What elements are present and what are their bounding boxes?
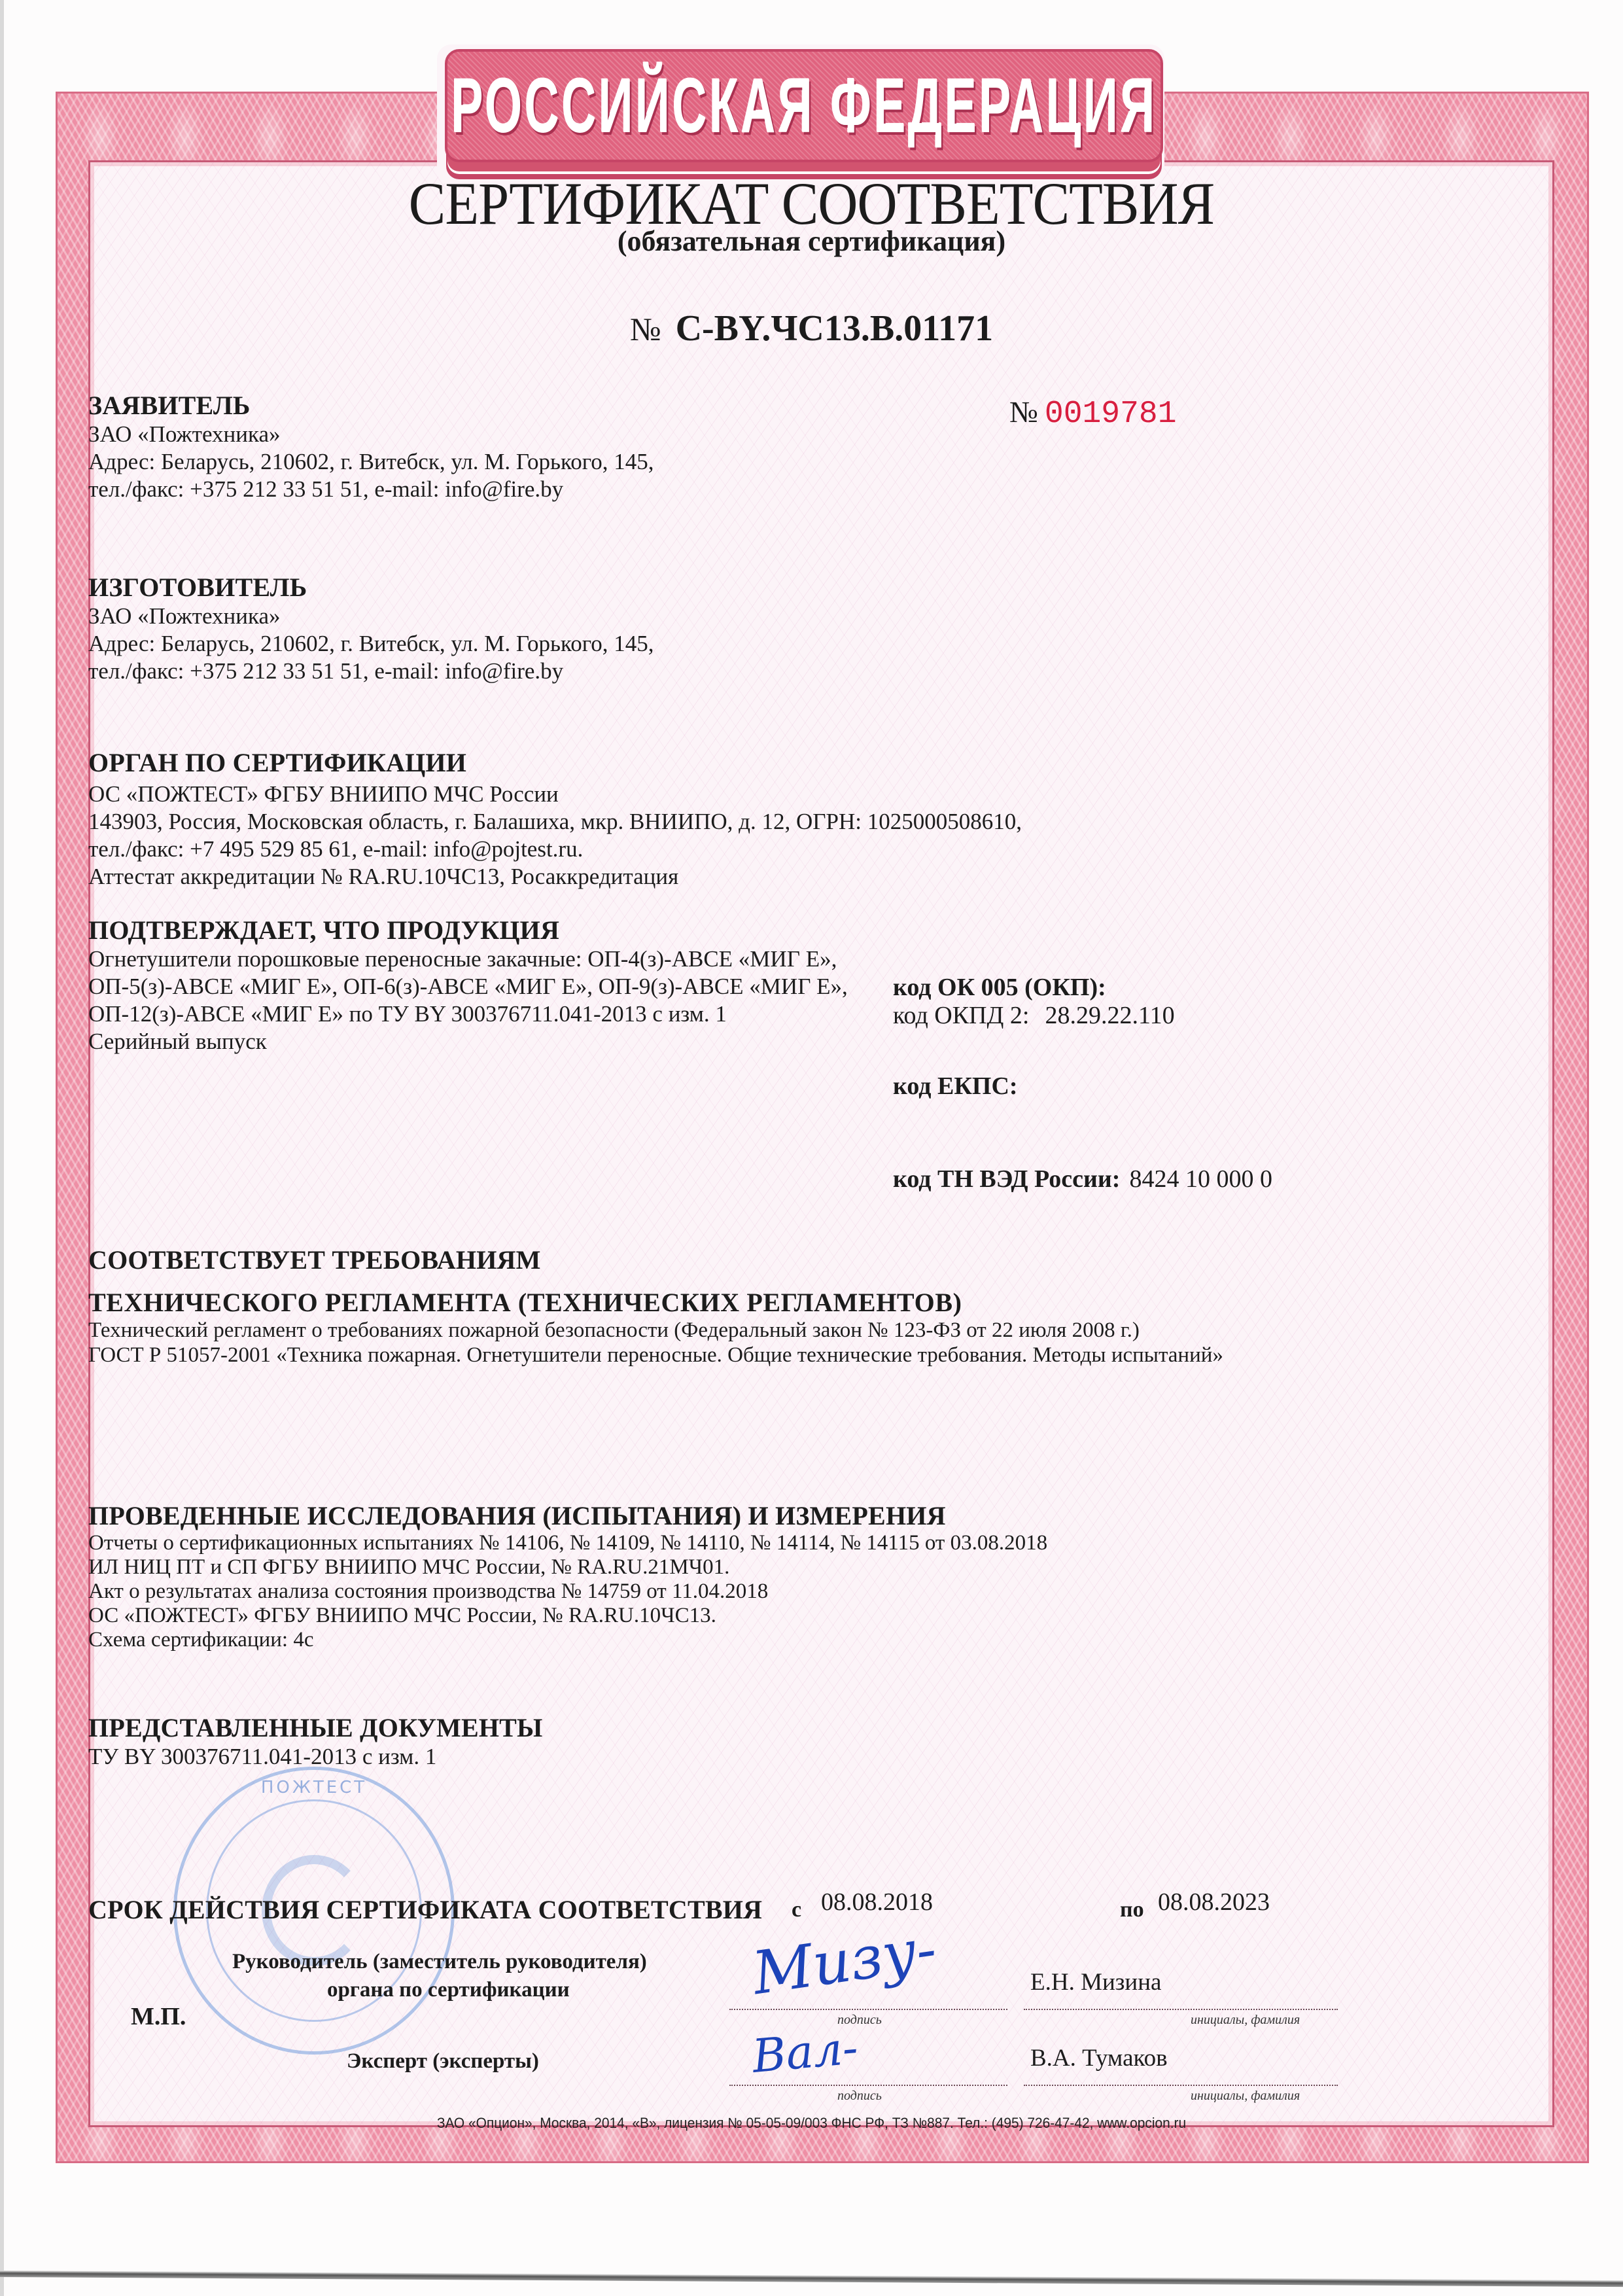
applicant-contacts: тел./факс: +375 212 33 51 51, e-mail: in… — [88, 476, 654, 503]
banner-text: РОССИЙСКАЯ ФЕДЕРАЦИЯ — [451, 62, 1157, 150]
tests-line: ИЛ НИЦ ПТ и СП ФГБУ ВНИИПО МЧС России, №… — [88, 1555, 1047, 1580]
head-role-line2: органа по сертификации — [327, 1978, 570, 2002]
document-subtitle: (обязательная сертификация) — [0, 224, 1623, 258]
name-caption: инициалы, фамилия — [1191, 2089, 1300, 2104]
country-banner: РОССИЙСКАЯ ФЕДЕРАЦИЯ — [445, 49, 1163, 162]
product-section: ПОДТВЕРЖДАЕТ, ЧТО ПРОДУКЦИЯ Огнетушители… — [88, 915, 848, 1055]
okpd2-value: 28.29.22.110 — [1045, 1002, 1174, 1029]
code-tnved: код ТН ВЭД России:8424 10 000 0 — [893, 1165, 1272, 1193]
requirement-line: Технический регламент о требованиях пожа… — [88, 1318, 1223, 1343]
tests-line: Отчеты о сертификационных испытаниях № 1… — [88, 1531, 1047, 1555]
blank-serial-value: 0019781 — [1045, 397, 1177, 432]
ok005-label: код ОК 005 (ОКП): — [893, 974, 1106, 1001]
applicant-address: Адрес: Беларусь, 210602, г. Витебск, ул.… — [88, 448, 654, 476]
requirements-subheading: ТЕХНИЧЕСКОГО РЕГЛАМЕНТА (ТЕХНИЧЕСКИХ РЕГ… — [88, 1287, 1223, 1318]
head-signature-line — [729, 2009, 1007, 2010]
manufacturer-address: Адрес: Беларусь, 210602, г. Витебск, ул.… — [88, 630, 654, 658]
applicant-heading: ЗАЯВИТЕЛЬ — [88, 390, 654, 421]
seal-place-label: М.П. — [131, 2002, 186, 2031]
tests-section: ПРОВЕДЕННЫЕ ИССЛЕДОВАНИЯ (ИСПЫТАНИЯ) И И… — [88, 1500, 1047, 1652]
validity-to-label: по — [1120, 1898, 1144, 1922]
scan-edge — [0, 2270, 1623, 2287]
product-line: Серийный выпуск — [88, 1028, 848, 1055]
manufacturer-name: ЗАО «Пожтехника» — [88, 603, 654, 630]
head-name: Е.Н. Мизина — [1030, 1968, 1161, 1996]
documents-heading: ПРЕДСТАВЛЕННЫЕ ДОКУМЕНТЫ — [88, 1712, 543, 1743]
name-caption: инициалы, фамилия — [1191, 2013, 1300, 2028]
validity-from-date: 08.08.2018 — [821, 1888, 933, 1916]
expert-signature: Вал- — [750, 2021, 860, 2083]
code-ekps: код ЕКПС: — [893, 1072, 1018, 1101]
product-heading: ПОДТВЕРЖДАЕТ, ЧТО ПРОДУКЦИЯ — [88, 915, 848, 945]
expert-signature-line — [729, 2085, 1007, 2086]
applicant-name: ЗАО «Пожтехника» — [88, 421, 654, 448]
manufacturer-section: ИЗГОТОВИТЕЛЬ ЗАО «Пожтехника» Адрес: Бел… — [88, 572, 654, 685]
requirements-section: СООТВЕТСТВУЕТ ТРЕБОВАНИЯМ ТЕХНИЧЕСКОГО Р… — [88, 1245, 1223, 1368]
expert-role: Эксперт (эксперты) — [347, 2049, 539, 2074]
product-line: Огнетушители порошковые переносные закач… — [88, 945, 848, 973]
tnved-value: 8424 10 000 0 — [1129, 1165, 1272, 1193]
tests-line: ОС «ПОЖТЕСТ» ФГБУ ВНИИПО МЧС России, № R… — [88, 1604, 1047, 1628]
signature-caption: подпись — [837, 2013, 882, 2028]
certificate-number: №C-BY.ЧС13.В.01171 — [0, 308, 1623, 349]
head-name-line — [1024, 2009, 1338, 2010]
certification-body-section: ОРГАН ПО СЕРТИФИКАЦИИ ОС «ПОЖТЕСТ» ФГБУ … — [88, 747, 1022, 891]
blank-serial-number: №0019781 — [1009, 395, 1177, 432]
tests-heading: ПРОВЕДЕННЫЕ ИССЛЕДОВАНИЯ (ИСПЫТАНИЯ) И И… — [88, 1500, 1047, 1531]
tests-line: Акт о результатах анализа состояния прои… — [88, 1580, 1047, 1604]
validity-label: СРОК ДЕЙСТВИЯ СЕРТИФИКАТА СООТВЕТСТВИЯ — [88, 1895, 762, 1924]
manufacturer-heading: ИЗГОТОВИТЕЛЬ — [88, 572, 654, 603]
validity-heading: СРОК ДЕЙСТВИЯ СЕРТИФИКАТА СООТВЕТСТВИЯ — [88, 1894, 762, 1925]
product-line: ОП-5(з)-АВСЕ «МИГ Е», ОП-6(з)-АВСЕ «МИГ … — [88, 973, 848, 1000]
number-sign: № — [630, 311, 661, 347]
requirements-heading: СООТВЕТСТВУЕТ ТРЕБОВАНИЯМ — [88, 1245, 1223, 1275]
validity-to-date: 08.08.2023 — [1158, 1888, 1270, 1916]
ekps-label: код ЕКПС: — [893, 1072, 1018, 1100]
manufacturer-contacts: тел./факс: +375 212 33 51 51, e-mail: in… — [88, 658, 654, 685]
requirement-line: ГОСТ Р 51057-2001 «Техника пожарная. Огн… — [88, 1343, 1223, 1368]
code-ok005: код ОК 005 (ОКП): — [893, 973, 1106, 1002]
signature-caption: подпись — [837, 2089, 882, 2104]
documents-section: ПРЕДСТАВЛЕННЫЕ ДОКУМЕНТЫ ТУ BY 300376711… — [88, 1712, 543, 1771]
certification-body-heading: ОРГАН ПО СЕРТИФИКАЦИИ — [88, 747, 1022, 778]
okpd2-label: код ОКПД 2: — [893, 1002, 1029, 1029]
stamp-text: ПОЖТЕСТ — [177, 1778, 451, 1797]
certification-body-address: 143903, Россия, Московская область, г. Б… — [88, 808, 1022, 836]
certificate-number-value: C-BY.ЧС13.В.01171 — [676, 308, 994, 349]
certification-body-name: ОС «ПОЖТЕСТ» ФГБУ ВНИИПО МЧС России — [88, 781, 1022, 808]
product-line: ОП-12(з)-АВСЕ «МИГ Е» по ТУ BY 300376711… — [88, 1000, 848, 1028]
tests-line: Схема сертификации: 4с — [88, 1628, 1047, 1652]
certification-body-accreditation: Аттестат аккредитации № RA.RU.10ЧС13, Ро… — [88, 863, 1022, 891]
expert-name: В.А. Тумаков — [1030, 2044, 1168, 2072]
certification-body-contacts: тел./факс: +7 495 529 85 61, e-mail: inf… — [88, 836, 1022, 863]
applicant-section: ЗАЯВИТЕЛЬ ЗАО «Пожтехника» Адрес: Белару… — [88, 390, 654, 503]
number-sign: № — [1009, 395, 1038, 429]
code-okpd2: код ОКПД 2:28.29.22.110 — [893, 1001, 1175, 1030]
printer-imprint: ЗАО «Опцион», Москва, 2014, «В», лицензи… — [41, 2115, 1582, 2132]
validity-from-label: с — [792, 1898, 801, 1922]
head-role-line1: Руководитель (заместитель руководителя) — [232, 1950, 647, 1974]
expert-name-line — [1024, 2085, 1338, 2086]
tnved-label: код ТН ВЭД России: — [893, 1165, 1120, 1193]
